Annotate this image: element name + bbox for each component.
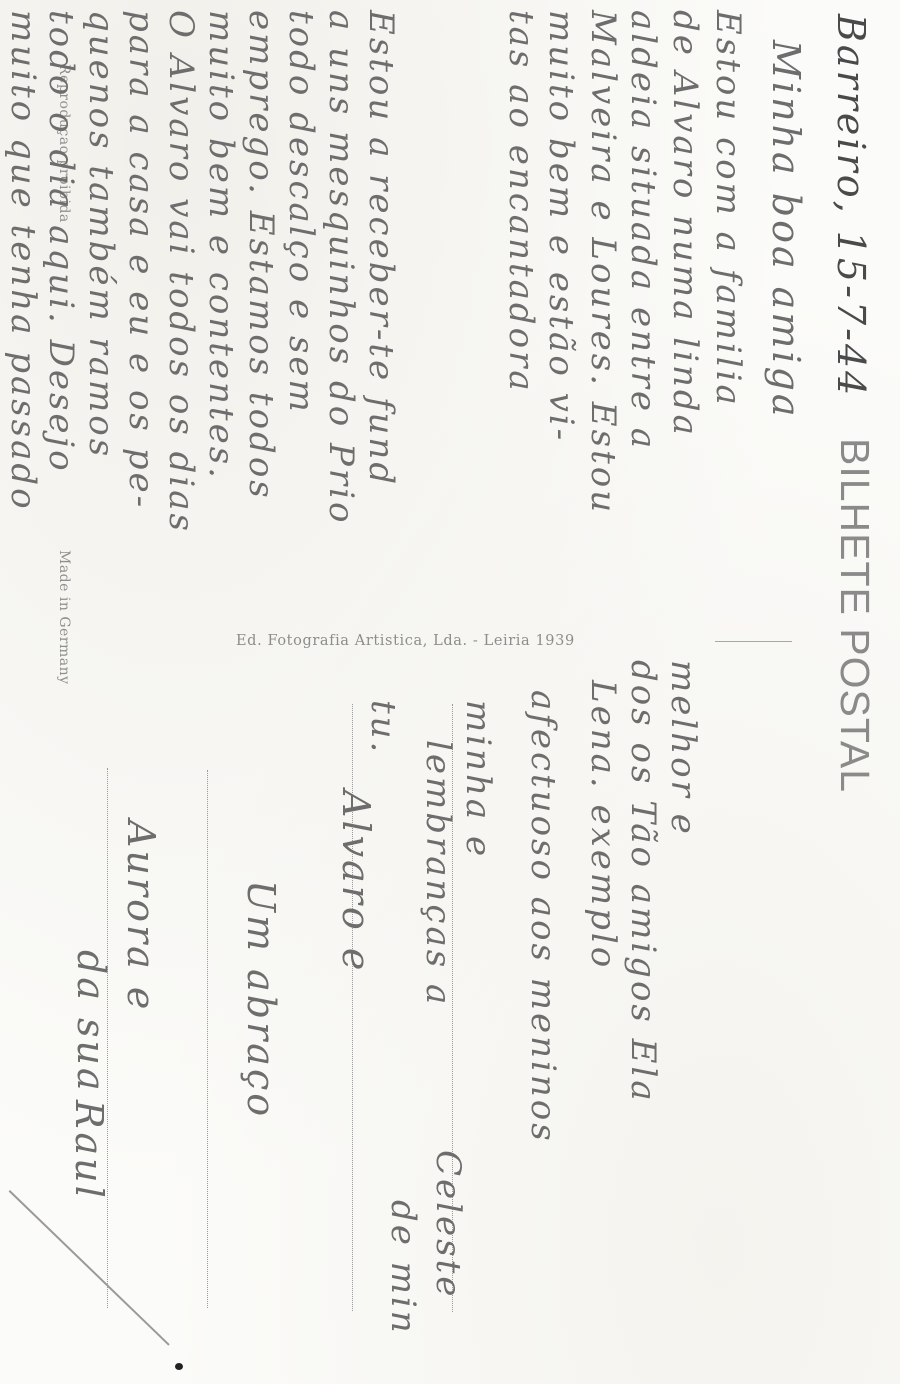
handwritten-signature: Raul: [70, 1100, 108, 1201]
handwritten-line: minha e: [461, 700, 495, 859]
handwritten-line: Alvaro e: [337, 790, 375, 973]
handwritten-continuation: melhor e dos os Tão amigos Ela Lena. exe…: [0, 0, 900, 1384]
handwritten-line: dos os Tão amigos Ela: [626, 660, 660, 1104]
handwritten-line: melhor e: [666, 660, 700, 837]
handwritten-line: Um abraço: [242, 880, 280, 1119]
handwritten-line: da sua: [72, 950, 110, 1094]
handwritten-line: afectuoso aos meninos: [526, 690, 560, 1144]
handwritten-line: Lena. exemplo: [586, 680, 620, 970]
handwritten-line: Aurora e: [122, 820, 160, 1012]
handwritten-line: lembranças a: [421, 740, 455, 1007]
handwritten-line: de min: [386, 1200, 420, 1336]
handwritten-line: tu.: [366, 700, 400, 755]
postcard-back: BILHETE POSTAL Ed. Fotografia Artistica,…: [0, 0, 900, 1384]
handwritten-line: Celeste: [431, 1150, 465, 1299]
